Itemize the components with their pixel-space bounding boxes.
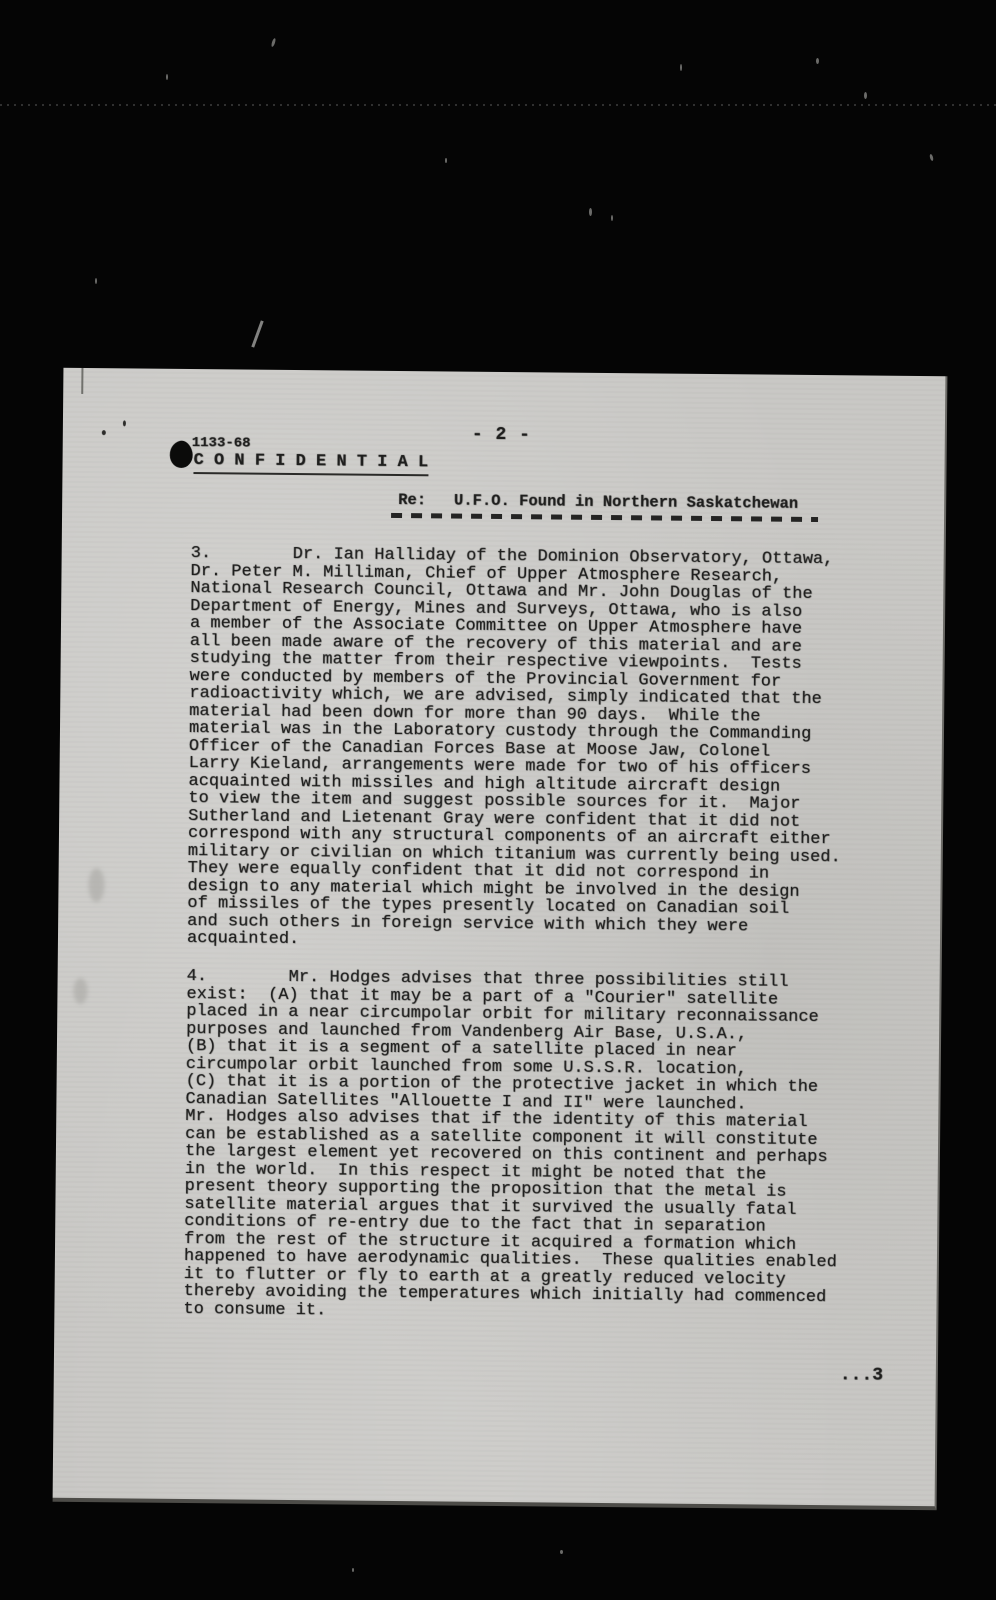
paper-dot-mark [102, 430, 106, 435]
paper-dot-mark [123, 420, 126, 426]
scratch-mark [251, 320, 263, 347]
dust-speck [589, 208, 592, 216]
continuation-page-marker: ...3 [840, 1365, 883, 1385]
dust-speck [680, 64, 682, 71]
paper-smudge [88, 868, 104, 902]
paragraph-3: 3. Dr. Ian Halliday of the Dominion Obse… [187, 545, 844, 954]
dust-speck [560, 1550, 563, 1554]
dust-speck [929, 154, 934, 162]
scan-artifact-line [0, 104, 996, 106]
dust-speck [816, 58, 819, 64]
paragraph-4: 4. Mr. Hodges advises that three possibi… [183, 968, 839, 1324]
dust-speck [95, 278, 97, 284]
classification-stamp: C O N F I D E N T I A L [193, 451, 428, 476]
dust-speck [864, 92, 867, 99]
scanned-page-background: - 2 - 1133-68 C O N F I D E N T I A L Re… [0, 0, 996, 1600]
page-number: - 2 - [472, 425, 531, 446]
dust-speck [271, 38, 277, 47]
paper-scratch-mark [81, 368, 83, 394]
document-page: - 2 - 1133-68 C O N F I D E N T I A L Re… [53, 368, 948, 1510]
subject-line: Re: U.F.O. Found in Northern Saskatchewa… [398, 491, 798, 513]
subject-dashed-underline [391, 513, 818, 522]
paper-smudge [73, 978, 87, 1004]
file-number: 1133-68 [192, 435, 251, 452]
dust-speck [611, 215, 613, 221]
dust-speck [166, 74, 168, 80]
dust-speck [445, 158, 447, 163]
dust-speck [352, 1568, 354, 1572]
